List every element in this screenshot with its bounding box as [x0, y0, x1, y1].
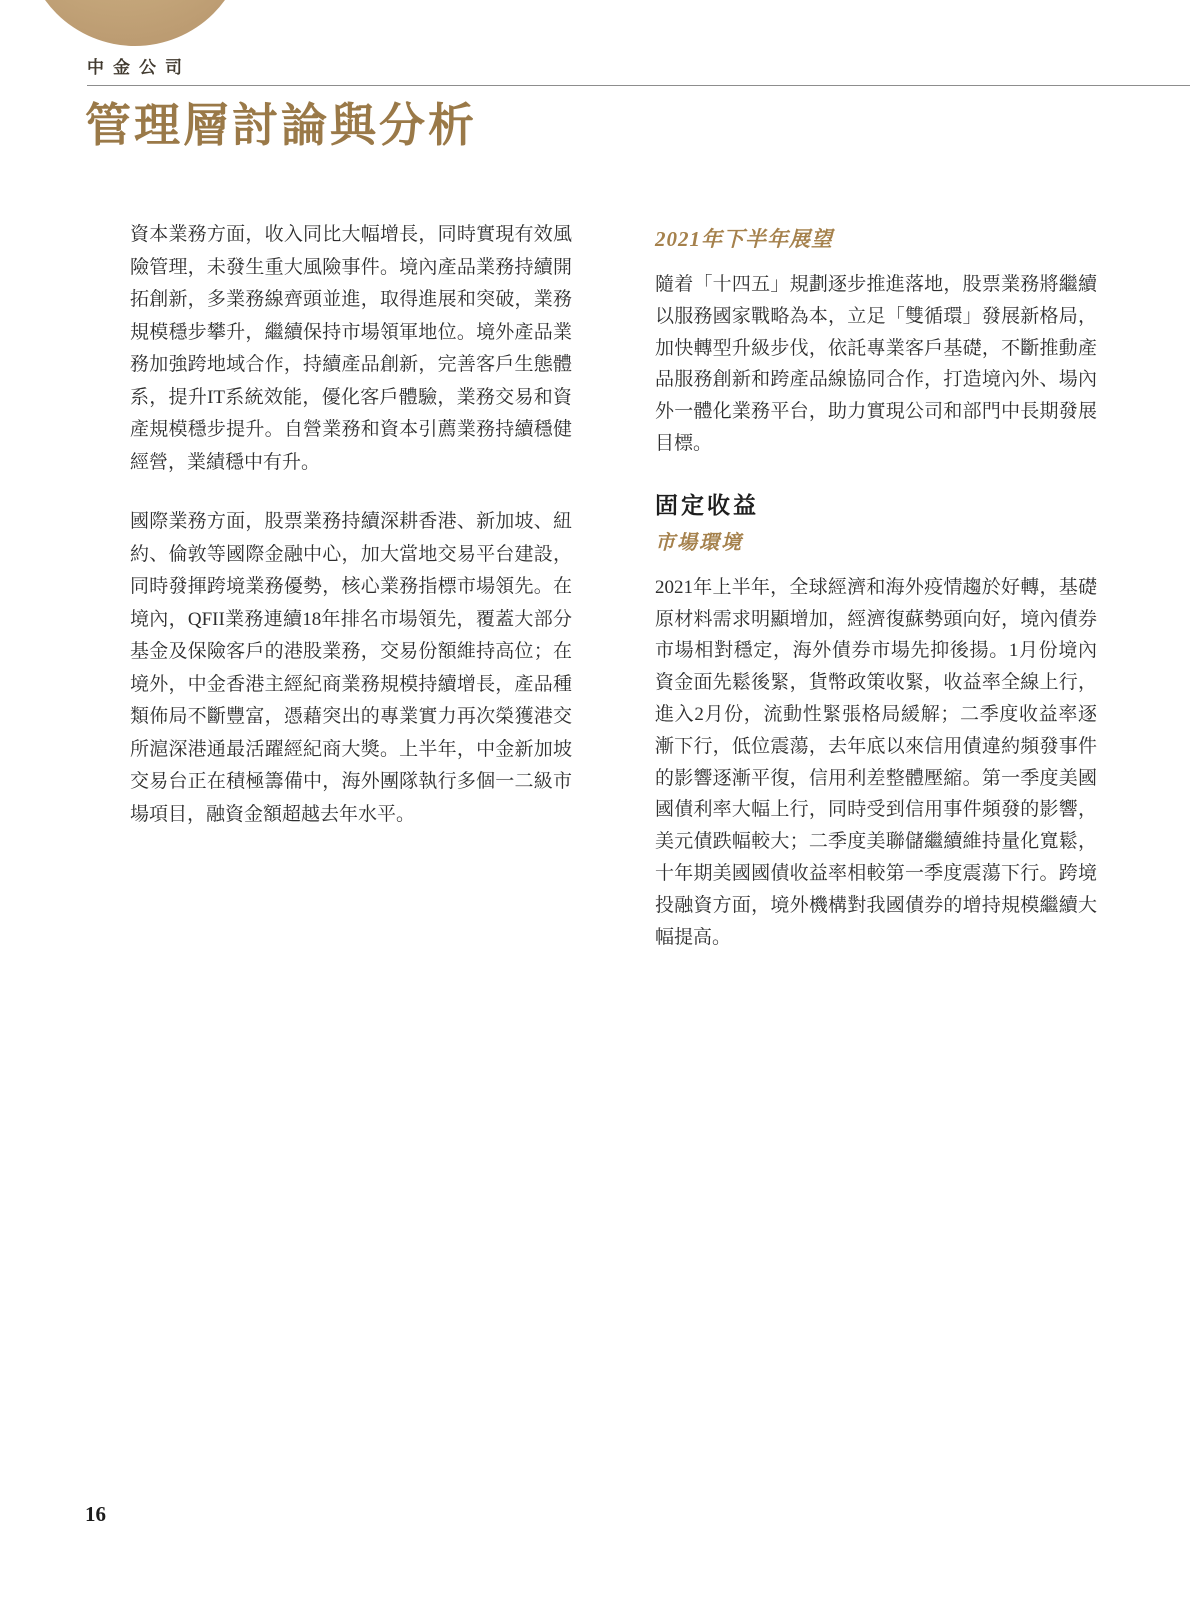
left-column: 資本業務方面，收入同比大幅增長，同時實現有效風險管理，未發生重大風險事件。境內產… [130, 219, 572, 953]
report-page: 中金公司 管理層討論與分析 資本業務方面，收入同比大幅增長，同時實現有效風險管理… [0, 0, 1190, 1615]
market-environment-subheading: 市場環境 [655, 530, 1097, 556]
body-columns: 資本業務方面，收入同比大幅增長，同時實現有效風險管理，未發生重大風險事件。境內產… [130, 219, 1097, 953]
page-number: 16 [85, 1502, 106, 1527]
page-title: 管理層討論與分析 [85, 98, 477, 154]
header-divider [87, 85, 1190, 86]
outlook-2021h2-heading: 2021年下半年展望 [655, 225, 1097, 253]
right-column: 2021年下半年展望 隨着「十四五」規劃逐步推進落地，股票業務將繼續以服務國家戰… [655, 219, 1097, 953]
paragraph-capital-business: 資本業務方面，收入同比大幅增長，同時實現有效風險管理，未發生重大風險事件。境內產… [130, 219, 572, 479]
paragraph-international-business: 國際業務方面，股票業務持續深耕香港、新加坡、紐約、倫敦等國際金融中心，加大當地交… [130, 506, 572, 831]
brand-name: 中金公司 [87, 53, 191, 78]
gold-seal-circle-icon [24, 0, 246, 46]
paragraph-market-environment: 2021年上半年，全球經濟和海外疫情趨於好轉，基礎原材料需求明顯增加，經濟復蘇勢… [655, 572, 1097, 954]
paragraph-outlook: 隨着「十四五」規劃逐步推進落地，股票業務將繼續以服務國家戰略為本，立足「雙循環」… [655, 269, 1097, 460]
fixed-income-section-heading: 固定收益 [655, 491, 1097, 521]
